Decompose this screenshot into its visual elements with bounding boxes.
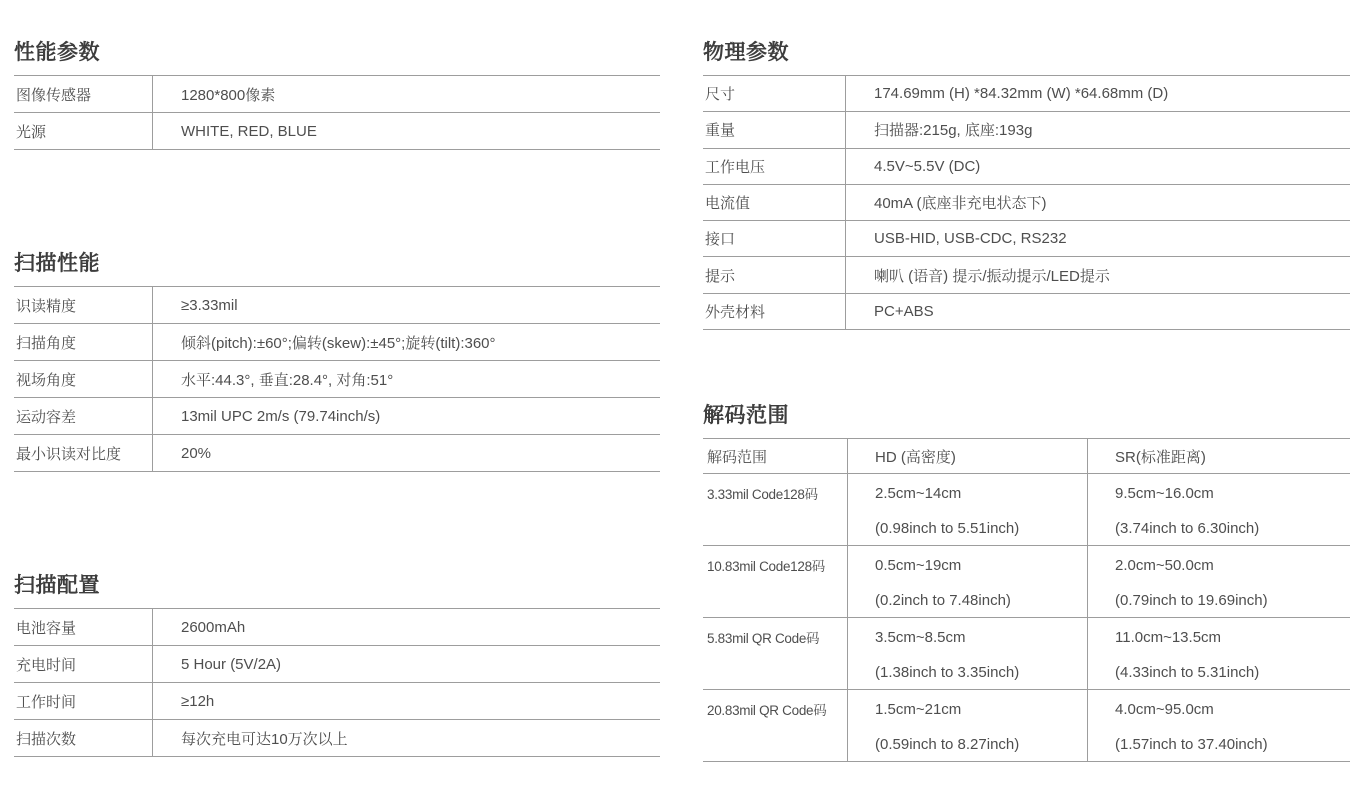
spec-label: 外壳材料 bbox=[703, 294, 846, 329]
table-row: 电流值 40mA (底座非充电状态下) bbox=[703, 185, 1350, 221]
decode-hd-range: 2.5cm~14cm (0.98inch to 5.51inch) bbox=[848, 474, 1088, 545]
decode-hd-cm: 1.5cm~21cm bbox=[875, 699, 961, 720]
decode-hd-range: 3.5cm~8.5cm (1.38inch to 3.35inch) bbox=[848, 618, 1088, 689]
spec-value: 20% bbox=[153, 435, 660, 471]
decode-sr-cm: 9.5cm~16.0cm bbox=[1115, 483, 1214, 504]
decode-symbology: 5.83mil QR Code码 bbox=[703, 618, 848, 689]
spec-sheet-page: 性能参数 图像传感器 1280*800像素 光源 WHITE, RED, BLU… bbox=[0, 0, 1356, 795]
spec-label: 光源 bbox=[14, 113, 153, 149]
decode-row: 3.33mil Code128码 2.5cm~14cm (0.98inch to… bbox=[703, 474, 1350, 546]
spec-value: 5 Hour (5V/2A) bbox=[153, 646, 660, 682]
spec-label: 扫描角度 bbox=[14, 324, 153, 360]
decode-sr-range: 11.0cm~13.5cm (4.33inch to 5.31inch) bbox=[1088, 618, 1350, 689]
physical-table: 尺寸 174.69mm (H) *84.32mm (W) *64.68mm (D… bbox=[703, 75, 1350, 330]
performance-table: 图像传感器 1280*800像素 光源 WHITE, RED, BLUE bbox=[14, 75, 660, 150]
decode-sr-inch: (1.57inch to 37.40inch) bbox=[1115, 734, 1268, 755]
section-scan-config: 扫描配置 电池容量 2600mAh 充电时间 5 Hour (5V/2A) 工作… bbox=[14, 573, 660, 757]
table-row: 提示 喇叭 (语音) 提示/振动提示/LED提示 bbox=[703, 257, 1350, 293]
spec-value: 喇叭 (语音) 提示/振动提示/LED提示 bbox=[846, 257, 1350, 292]
table-row: 外壳材料 PC+ABS bbox=[703, 294, 1350, 330]
spec-label: 工作电压 bbox=[703, 149, 846, 184]
table-row: 扫描次数 每次充电可达10万次以上 bbox=[14, 720, 660, 757]
decode-symbology: 3.33mil Code128码 bbox=[703, 474, 848, 545]
table-row: 扫描角度 倾斜(pitch):±60°;偏转(skew):±45°;旋转(til… bbox=[14, 324, 660, 361]
table-row: 光源 WHITE, RED, BLUE bbox=[14, 113, 660, 150]
spec-label: 电池容量 bbox=[14, 609, 153, 645]
decode-row: 10.83mil Code128码 0.5cm~19cm (0.2inch to… bbox=[703, 546, 1350, 618]
scan-config-table: 电池容量 2600mAh 充电时间 5 Hour (5V/2A) 工作时间 ≥1… bbox=[14, 608, 660, 757]
table-row: 工作时间 ≥12h bbox=[14, 683, 660, 720]
decode-row: 20.83mil QR Code码 1.5cm~21cm (0.59inch t… bbox=[703, 690, 1350, 762]
spec-value: 1280*800像素 bbox=[153, 76, 660, 112]
decode-hd-range: 1.5cm~21cm (0.59inch to 8.27inch) bbox=[848, 690, 1088, 761]
section-physical: 物理参数 尺寸 174.69mm (H) *84.32mm (W) *64.68… bbox=[703, 40, 1350, 330]
decode-sr-inch: (4.33inch to 5.31inch) bbox=[1115, 662, 1259, 683]
spec-value: 倾斜(pitch):±60°;偏转(skew):±45°;旋转(tilt):36… bbox=[153, 324, 660, 360]
section-decode-range: 解码范围 解码范围 HD (高密度) SR(标准距离) 3.33mil Code… bbox=[703, 403, 1350, 762]
section-title-scan-config: 扫描配置 bbox=[14, 573, 660, 599]
decode-range-table: 解码范围 HD (高密度) SR(标准距离) 3.33mil Code128码 … bbox=[703, 438, 1350, 762]
table-row: 识读精度 ≥3.33mil bbox=[14, 287, 660, 324]
spec-label: 最小识读对比度 bbox=[14, 435, 153, 471]
spec-value: 4.5V~5.5V (DC) bbox=[846, 149, 1350, 184]
decode-hd-range: 0.5cm~19cm (0.2inch to 7.48inch) bbox=[848, 546, 1088, 617]
table-row: 运动容差 13mil UPC 2m/s (79.74inch/s) bbox=[14, 398, 660, 435]
spec-value: ≥3.33mil bbox=[153, 287, 660, 323]
spec-label: 尺寸 bbox=[703, 76, 846, 111]
spec-value: PC+ABS bbox=[846, 294, 1350, 329]
spec-label: 运动容差 bbox=[14, 398, 153, 434]
spec-value: 每次充电可达10万次以上 bbox=[153, 720, 660, 756]
spec-value: 水平:44.3°, 垂直:28.4°, 对角:51° bbox=[153, 361, 660, 397]
spec-value: 174.69mm (H) *84.32mm (W) *64.68mm (D) bbox=[846, 76, 1350, 111]
spec-label: 视场角度 bbox=[14, 361, 153, 397]
section-title-physical: 物理参数 bbox=[703, 40, 1350, 66]
section-title-performance: 性能参数 bbox=[14, 40, 660, 66]
spec-value: USB-HID, USB-CDC, RS232 bbox=[846, 221, 1350, 256]
decode-hd-inch: (0.59inch to 8.27inch) bbox=[875, 734, 1019, 755]
decode-hd-cm: 2.5cm~14cm bbox=[875, 483, 961, 504]
table-row: 视场角度 水平:44.3°, 垂直:28.4°, 对角:51° bbox=[14, 361, 660, 398]
spec-value: WHITE, RED, BLUE bbox=[153, 113, 660, 149]
decode-hd-inch: (1.38inch to 3.35inch) bbox=[875, 662, 1019, 683]
spec-label: 图像传感器 bbox=[14, 76, 153, 112]
section-title-scan-performance: 扫描性能 bbox=[14, 251, 660, 277]
spec-label: 电流值 bbox=[703, 185, 846, 220]
decode-sr-range: 2.0cm~50.0cm (0.79inch to 19.69inch) bbox=[1088, 546, 1350, 617]
spec-label: 接口 bbox=[703, 221, 846, 256]
decode-sr-inch: (3.74inch to 6.30inch) bbox=[1115, 518, 1259, 539]
decode-header-sr: SR(标准距离) bbox=[1088, 439, 1350, 473]
decode-sr-cm: 4.0cm~95.0cm bbox=[1115, 699, 1214, 720]
decode-header-hd: HD (高密度) bbox=[848, 439, 1088, 473]
decode-sr-cm: 2.0cm~50.0cm bbox=[1115, 555, 1214, 576]
table-row: 最小识读对比度 20% bbox=[14, 435, 660, 472]
decode-sr-inch: (0.79inch to 19.69inch) bbox=[1115, 590, 1268, 611]
decode-symbology: 10.83mil Code128码 bbox=[703, 546, 848, 617]
decode-hd-cm: 3.5cm~8.5cm bbox=[875, 627, 965, 648]
spec-value: 40mA (底座非充电状态下) bbox=[846, 185, 1350, 220]
section-scan-performance: 扫描性能 识读精度 ≥3.33mil 扫描角度 倾斜(pitch):±60°;偏… bbox=[14, 251, 660, 472]
decode-hd-inch: (0.2inch to 7.48inch) bbox=[875, 590, 1011, 611]
decode-symbology: 20.83mil QR Code码 bbox=[703, 690, 848, 761]
section-title-decode-range: 解码范围 bbox=[703, 403, 1350, 429]
spec-label: 提示 bbox=[703, 257, 846, 292]
table-row: 图像传感器 1280*800像素 bbox=[14, 76, 660, 113]
table-row: 电池容量 2600mAh bbox=[14, 609, 660, 646]
table-row: 接口 USB-HID, USB-CDC, RS232 bbox=[703, 221, 1350, 257]
table-row: 充电时间 5 Hour (5V/2A) bbox=[14, 646, 660, 683]
scan-performance-table: 识读精度 ≥3.33mil 扫描角度 倾斜(pitch):±60°;偏转(ske… bbox=[14, 286, 660, 472]
decode-sr-cm: 11.0cm~13.5cm bbox=[1115, 627, 1221, 648]
decode-row: 5.83mil QR Code码 3.5cm~8.5cm (1.38inch t… bbox=[703, 618, 1350, 690]
decode-header-row: 解码范围 HD (高密度) SR(标准距离) bbox=[703, 439, 1350, 474]
decode-sr-range: 4.0cm~95.0cm (1.57inch to 37.40inch) bbox=[1088, 690, 1350, 761]
spec-label: 充电时间 bbox=[14, 646, 153, 682]
decode-header-label: 解码范围 bbox=[703, 439, 848, 473]
spec-value: 扫描器:215g, 底座:193g bbox=[846, 112, 1350, 147]
spec-label: 重量 bbox=[703, 112, 846, 147]
decode-hd-inch: (0.98inch to 5.51inch) bbox=[875, 518, 1019, 539]
spec-value: 13mil UPC 2m/s (79.74inch/s) bbox=[153, 398, 660, 434]
section-performance: 性能参数 图像传感器 1280*800像素 光源 WHITE, RED, BLU… bbox=[14, 40, 660, 150]
decode-hd-cm: 0.5cm~19cm bbox=[875, 555, 961, 576]
table-row: 工作电压 4.5V~5.5V (DC) bbox=[703, 149, 1350, 185]
spec-value: ≥12h bbox=[153, 683, 660, 719]
table-row: 尺寸 174.69mm (H) *84.32mm (W) *64.68mm (D… bbox=[703, 76, 1350, 112]
spec-label: 工作时间 bbox=[14, 683, 153, 719]
spec-value: 2600mAh bbox=[153, 609, 660, 645]
spec-label: 识读精度 bbox=[14, 287, 153, 323]
decode-sr-range: 9.5cm~16.0cm (3.74inch to 6.30inch) bbox=[1088, 474, 1350, 545]
spec-label: 扫描次数 bbox=[14, 720, 153, 756]
table-row: 重量 扫描器:215g, 底座:193g bbox=[703, 112, 1350, 148]
